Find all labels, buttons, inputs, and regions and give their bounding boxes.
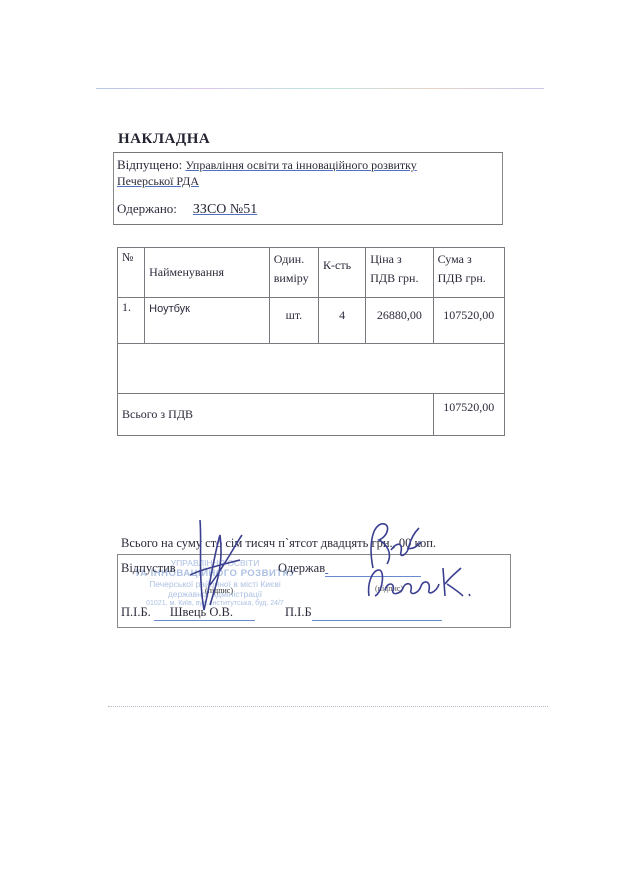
items-table: № Найменування Один. виміру К-сть Ціна з… xyxy=(117,247,505,436)
col-qty-header: К-сть xyxy=(319,248,366,298)
price-header-line2: ПДВ грн. xyxy=(370,269,428,288)
row-sum: 107520,00 xyxy=(433,298,504,344)
row-number: 1. xyxy=(118,298,145,344)
received-line: Одержано:ЗЗСО №51 xyxy=(117,201,265,218)
released-line: Відпущено: Управління освіти та інноваці… xyxy=(117,157,417,173)
sum-header-line2: ПДВ грн. xyxy=(438,269,500,288)
row-qty: 4 xyxy=(319,298,366,344)
total-value: 107520,00 xyxy=(433,394,504,436)
total-label: Всього з ПДВ xyxy=(118,394,434,436)
table-total-row: Всього з ПДВ 107520,00 xyxy=(118,394,505,436)
empty-cell xyxy=(118,344,505,394)
released-label: Відпущено: xyxy=(117,157,182,172)
col-price-header: Ціна з ПДВ грн. xyxy=(366,248,433,298)
released-value: Управління освіти та інноваційного розви… xyxy=(185,158,416,172)
signature-left-icon xyxy=(180,515,260,620)
received-label: Одержано: xyxy=(117,201,177,216)
table-row: 1. Ноутбук шт. 4 26880,00 107520,00 xyxy=(118,298,505,344)
document-title: НАКЛАДНА xyxy=(118,131,210,148)
unit-header-line1: Один. xyxy=(274,250,314,269)
sum-header-line1: Сума з xyxy=(438,250,500,269)
col-unit-header: Один. виміру xyxy=(269,248,318,298)
page-bottom-edge xyxy=(108,706,548,708)
col-name-header: Найменування xyxy=(145,248,270,298)
col-sum-header: Сума з ПДВ грн. xyxy=(433,248,504,298)
col-number-header: № xyxy=(118,248,145,298)
fio-label-right: П.І.Б xyxy=(285,605,312,619)
handwritten-name-icon xyxy=(365,562,475,604)
fio-right: П.І.Б xyxy=(285,605,442,621)
fio-label-left: П.І.Б. xyxy=(121,605,151,619)
row-unit: шт. xyxy=(269,298,318,344)
price-header-line1: Ціна з xyxy=(370,250,428,269)
unit-header-line2: виміру xyxy=(274,269,314,288)
header-box: Відпущено: Управління освіти та інноваці… xyxy=(113,152,503,225)
released-value-line2: Печерської РДА xyxy=(117,174,199,189)
page-top-edge xyxy=(96,88,544,89)
received-value: ЗЗСО №51 xyxy=(177,202,265,217)
table-header-row: № Найменування Один. виміру К-сть Ціна з… xyxy=(118,248,505,298)
row-price: 26880,00 xyxy=(366,298,433,344)
row-name: Ноутбук xyxy=(145,298,270,344)
table-empty-row xyxy=(118,344,505,394)
